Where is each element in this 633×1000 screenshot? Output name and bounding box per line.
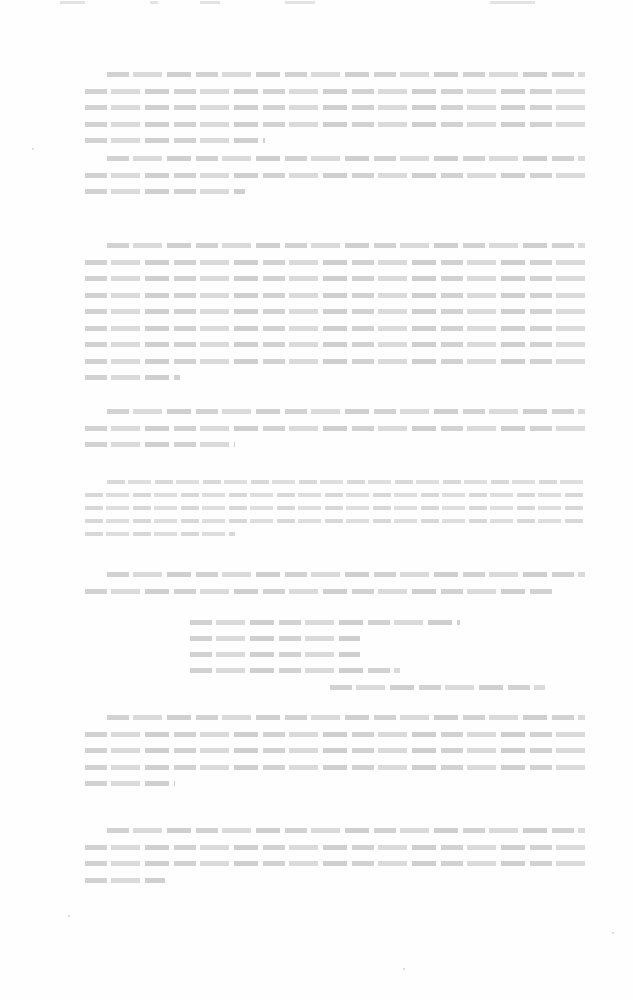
quotation-block: [illegible faded quoted lines, 4 lines] <box>190 620 470 684</box>
footnote-block: [illegible faded small text, 5 lines] <box>85 480 585 545</box>
scan-speck <box>403 968 405 970</box>
scan-speck <box>612 932 614 934</box>
scan-speck <box>32 148 34 150</box>
page-header-scan-noise <box>50 0 570 6</box>
paragraph-1: [illegible faded text, 5 lines] <box>85 72 585 155</box>
paragraph-6: [illegible faded text, 2 lines] <box>85 572 585 605</box>
paragraph-4: [illegible faded text, 3 lines] <box>85 409 585 459</box>
paragraph-3: [illegible faded text, 9 lines] <box>85 243 585 392</box>
paragraph-2: [illegible faded text, 3 lines] <box>85 156 585 206</box>
scan-speck <box>68 915 70 917</box>
quotation-attribution: [illegible faded attribution] <box>330 685 545 690</box>
paragraph-9: [illegible faded text, 5 lines] <box>85 715 585 798</box>
document-page: [illegible faded text, 5 lines] [illegib… <box>0 0 633 1000</box>
paragraph-10: [illegible faded text, 4 lines] <box>85 828 585 894</box>
